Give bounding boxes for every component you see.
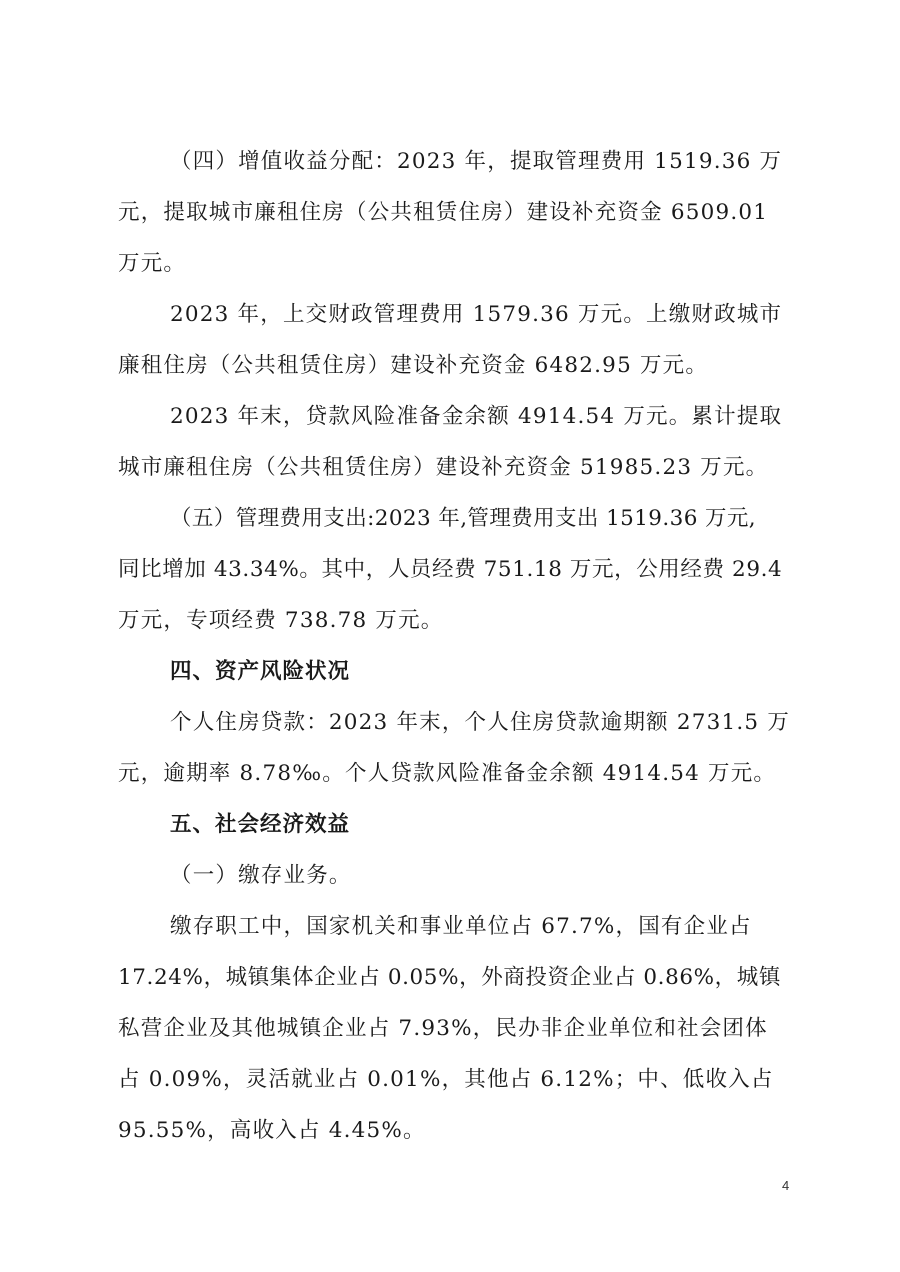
text-line-17: 17.24%，城镇集体企业占 0.05%，外商投资企业占 0.86%，城镇 — [118, 964, 781, 992]
text-line-9: 同比增加 43.34%。其中，人员经费 751.18 万元，公用经费 29.4 — [118, 556, 782, 584]
text-line-20: 95.55%，高收入占 4.45%。 — [118, 1117, 426, 1145]
section-heading-asset-risk: 四、资产风险状况 — [170, 658, 350, 686]
text-line-13: 元，逾期率 8.78‰。个人贷款风险准备金余额 4914.54 万元。 — [118, 760, 776, 788]
text-line-2: 元，提取城市廉租住房（公共租赁住房）建设补充资金 6509.01 — [118, 199, 768, 227]
text-line-16: 缴存职工中，国家机关和事业单位占 67.7%，国有企业占 — [170, 913, 752, 941]
text-line-12: 个人住房贷款：2023 年末，个人住房贷款逾期额 2731.5 万 — [170, 709, 790, 737]
text-line-1: （四）增值收益分配：2023 年，提取管理费用 1519.36 万 — [170, 148, 782, 176]
document-page: （四）增值收益分配：2023 年，提取管理费用 1519.36 万 元，提取城市… — [0, 0, 900, 1272]
text-line-18: 私营企业及其他城镇企业占 7.93%，民办非企业单位和社会团体 — [118, 1015, 768, 1043]
subsection-heading-deposit: （一）缴存业务。 — [170, 862, 352, 890]
text-line-8: （五）管理费用支出:2023 年,管理费用支出 1519.36 万元, — [170, 505, 756, 533]
page-number: 4 — [782, 1178, 789, 1193]
text-line-3: 万元。 — [118, 250, 186, 278]
text-line-6: 2023 年末，贷款风险准备金余额 4914.54 万元。累计提取 — [170, 403, 782, 431]
text-line-19: 占 0.09%，灵活就业占 0.01%，其他占 6.12%；中、低收入占 — [118, 1066, 774, 1094]
text-line-7: 城市廉租住房（公共租赁住房）建设补充资金 51985.23 万元。 — [118, 454, 768, 482]
text-line-5: 廉租住房（公共租赁住房）建设补充资金 6482.95 万元。 — [118, 352, 708, 380]
section-heading-social-benefit: 五、社会经济效益 — [170, 811, 350, 839]
text-line-4: 2023 年，上交财政管理费用 1579.36 万元。上缴财政城市 — [170, 301, 782, 329]
text-line-10: 万元，专项经费 738.78 万元。 — [118, 607, 444, 635]
